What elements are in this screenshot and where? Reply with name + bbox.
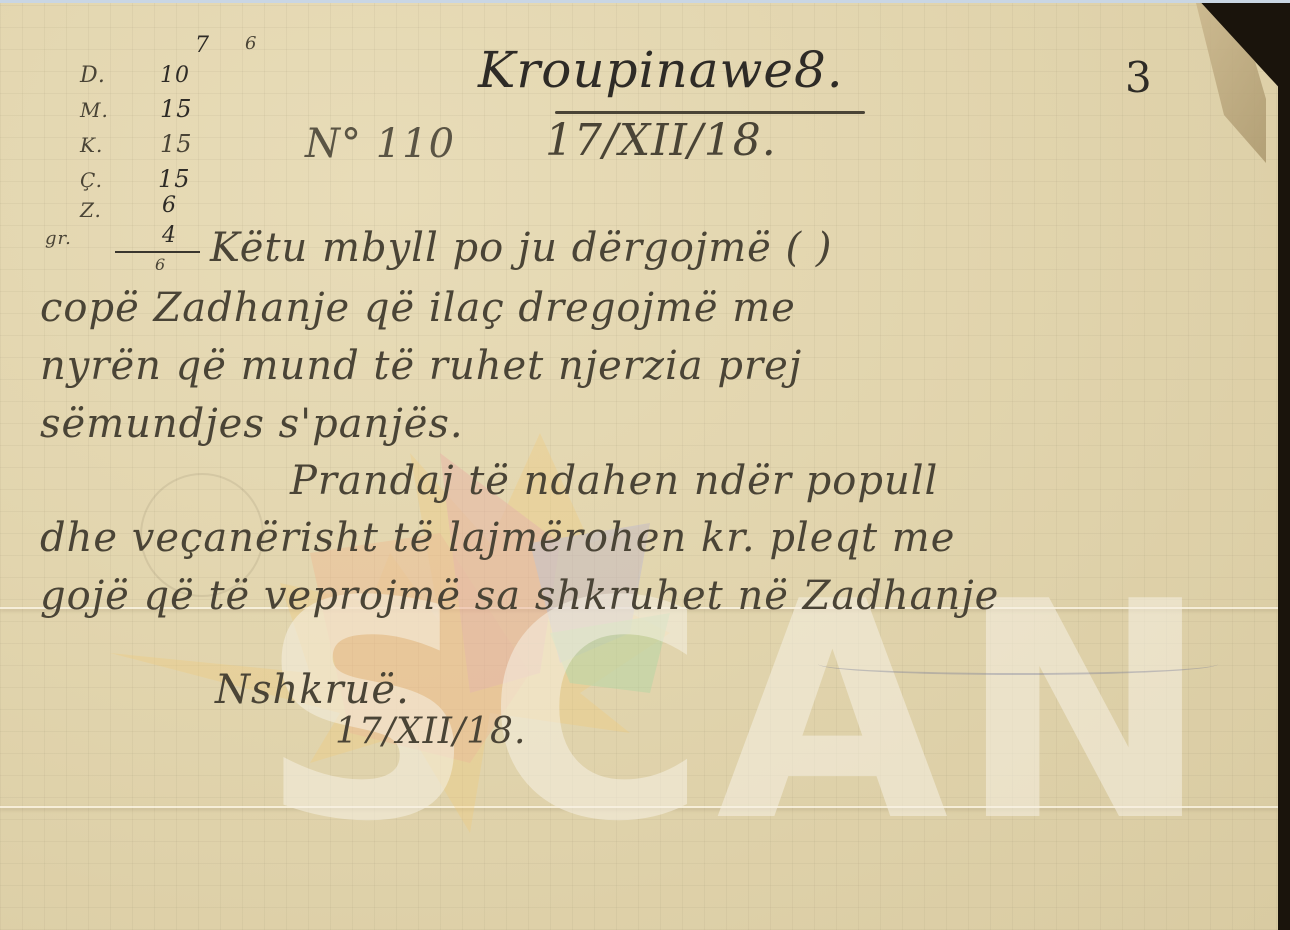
closing-date: 17/XII/18. — [335, 711, 526, 752]
torn-corner — [1196, 3, 1266, 163]
ledger-label: K. — [80, 133, 103, 157]
body-line: nyrën që mund të ruhet njerzia prej — [40, 343, 802, 389]
ledger-value: 15 — [160, 95, 193, 123]
letter-page: SCAN 7 6 D. 10 M. 15 K. 15 Ç. 15 Z. 6 gr… — [0, 3, 1278, 930]
ledger-label: D. — [80, 63, 106, 88]
place-underline — [555, 111, 865, 114]
letter-place: Kroupinawe8. — [478, 41, 844, 99]
body-line: Prandaj të ndahen ndër popull — [290, 458, 938, 504]
letter-date: 17/XII/18. — [545, 115, 777, 166]
pencil-mark — [818, 653, 1218, 675]
ledger-label: Z. — [80, 198, 102, 222]
ledger-value: 6 — [155, 255, 166, 274]
ledger-value: 15 — [160, 130, 193, 158]
ledger-label: M. — [80, 98, 109, 122]
ledger-label: gr. — [45, 228, 72, 249]
body-line: Këtu mbyll po ju dërgojmë ( ) — [210, 225, 832, 271]
ledger-value: 15 — [158, 165, 191, 193]
body-line: dhe veçanërisht të lajmërohen kr. pleqt … — [40, 515, 955, 561]
document-viewer: SCAN 7 6 D. 10 M. 15 K. 15 Ç. 15 Z. 6 gr… — [0, 0, 1290, 930]
body-line: copë Zadhanje që ilaç dregojmë me — [40, 285, 796, 331]
ledger-top-value: 7 — [195, 33, 210, 58]
signature: Nshkruë. — [215, 667, 410, 713]
body-line: gojë që të veprojmë sa shkruhet në Zadha… — [40, 573, 999, 619]
page-number: 3 — [1125, 53, 1153, 102]
ledger-top-note: 6 — [245, 33, 257, 54]
ledger-label: Ç. — [80, 168, 103, 192]
ledger-sum-line — [115, 251, 200, 253]
ledger-value: 6 — [162, 193, 177, 218]
ledger-value: 10 — [160, 63, 190, 88]
body-line: sëmundjes s'panjës. — [40, 401, 464, 447]
letter-number: N° 110 — [305, 121, 455, 167]
ledger-value: 4 — [162, 223, 177, 248]
